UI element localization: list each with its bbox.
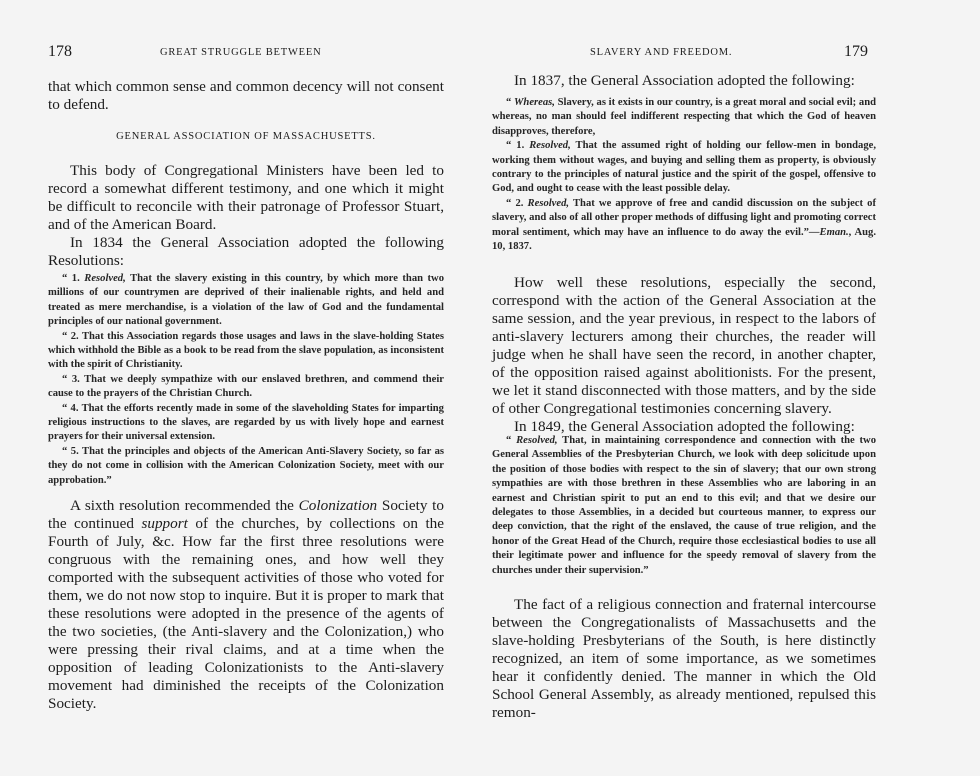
resolution-item: “ 1. Resolved, That the assumed right of… <box>492 139 876 197</box>
body-paragraph: A sixth resolution recommended the Colon… <box>48 497 444 713</box>
resolution-1849: “ Resolved, That, in maintaining corresp… <box>492 434 876 578</box>
body-paragraph: The fact of a religious connection and f… <box>492 596 876 722</box>
resolution-item: “ 2. Resolved, That we approve of free a… <box>492 197 876 255</box>
resolutions-1837: “ Whereas, Slavery, as it exists in our … <box>492 96 876 254</box>
resolution-item: “ Resolved, That, in maintaining corresp… <box>492 434 876 578</box>
resolution-item: “ 4. That the efforts recently made in s… <box>48 402 444 445</box>
section-heading: GENERAL ASSOCIATION OF MASSACHUSETTS. <box>48 131 444 142</box>
resolution-item: “ 3. That we deeply sympathize with our … <box>48 373 444 402</box>
running-head: GREAT STRUGGLE BETWEEN <box>160 47 321 58</box>
body-paragraph: In 1837, the General Association adopted… <box>492 72 876 90</box>
continuation-paragraph: that which common sense and common decen… <box>48 78 444 114</box>
resolutions-1834: “ 1. Resolved, That the slavery existing… <box>48 272 444 488</box>
page-number: 178 <box>48 43 72 61</box>
body-paragraph: How well these resolutions, especially t… <box>492 274 876 436</box>
body-paragraph: This body of Congregational Ministers ha… <box>48 162 444 270</box>
resolution-item: “ 5. That the principles and objects of … <box>48 445 444 488</box>
running-head: SLAVERY AND FREEDOM. <box>590 47 732 58</box>
resolution-item: “ 2. That this Association regards those… <box>48 330 444 373</box>
resolution-item: “ 1. Resolved, That the slavery existing… <box>48 272 444 330</box>
page-number: 179 <box>844 43 868 61</box>
